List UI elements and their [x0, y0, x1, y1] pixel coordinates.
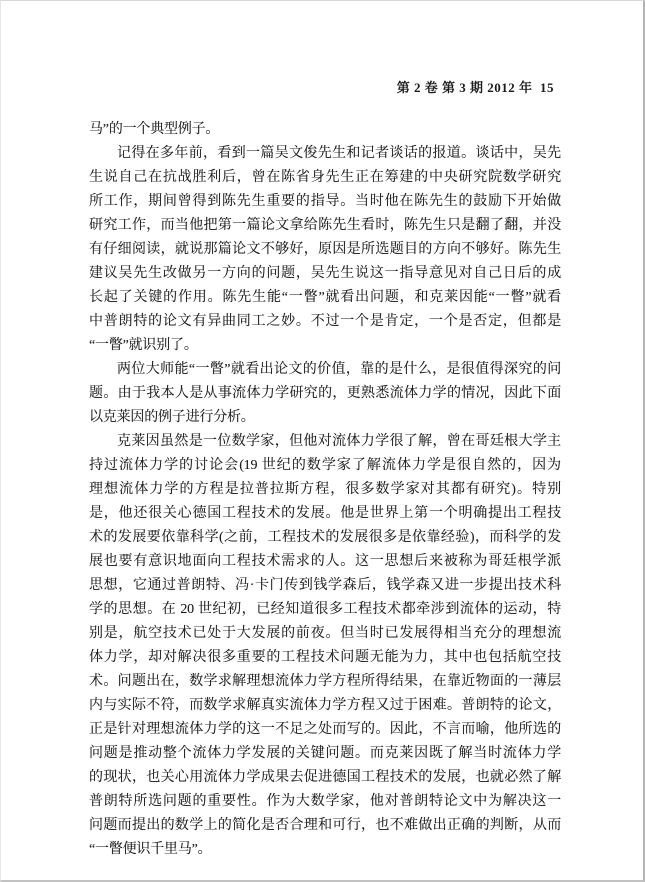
document-page: 第 2 卷 第 3 期 2012 年 15 马”的一个典型例子。记得在多年前，看…	[0, 0, 645, 882]
text-line: 研究工作，而当他把第一篇论文拿给陈先生看时，陈先生只是翻了翻，并没	[89, 214, 561, 238]
text-line: 问题而提出的数学上的简化是否合理和可行，也不难做出正确的判断，从而	[89, 814, 561, 838]
text-line: 展也要有意识地面向工程技术需求的人。这一思想后来被称为哥廷根学派	[89, 550, 561, 574]
text-line: “一瞥”就识别了。	[89, 334, 561, 358]
text-line: 正是针对理想流体力学的这一不足之处而写的。因此，不言而喻，他所选的	[89, 718, 561, 742]
text-line: 两位大师能“一瞥”就看出论文的价值，靠的是什么，是很值得深究的问	[89, 358, 561, 382]
text-line: 是，他还很关心德国工程技术的发展。他是世界上第一个明确提出工程技	[89, 502, 561, 526]
text-line: “一瞥便识千里马”。	[89, 838, 561, 862]
text-line: 普朗特所选问题的重要性。作为大数学家，他对普朗特论文中为解决这一	[89, 790, 561, 814]
text-line: 建议吴先生改做另一方向的问题，吴先生说这一指导意见对自己日后的成	[89, 262, 561, 286]
journal-volume-issue-header: 第 2 卷 第 3 期 2012 年 15	[89, 77, 554, 96]
text-line: 所工作，期间曾得到陈先生重要的指导。当时他在陈先生的鼓励下开始做	[89, 190, 561, 214]
text-line: 生说自己在抗战胜利后，曾在陈省身先生正在筹建的中央研究院数学研究	[89, 166, 561, 190]
text-line: 思想，它通过普朗特、冯·卡门传到钱学森后，钱学森又进一步提出技术科	[89, 574, 561, 598]
text-line: 理想流体力学的方程是拉普拉斯方程，很多数学家对其都有研究)。特别	[89, 478, 561, 502]
text-line: 有仔细阅读，就说那篇论文不够好，原因是所选题目的方向不够好。陈先生	[89, 238, 561, 262]
text-line: 持过流体力学的讨论会(19 世纪的数学家了解流体力学是很自然的，因为	[89, 454, 561, 478]
text-line: 体力学，却对解决很多重要的工程技术问题无能为力，其中也包括航空技	[89, 646, 561, 670]
text-line: 学的思想。在 20 世纪初，已经知道很多工程技术都牵涉到流体的运动，特	[89, 598, 561, 622]
text-line: 马”的一个典型例子。	[89, 118, 561, 142]
text-line: 术。问题出在，数学求解理想流体力学方程所得结果，在靠近物面的一薄层	[89, 670, 561, 694]
text-line: 长起了关键的作用。陈先生能“一瞥”就看出问题，和克莱因能“一瞥”就看	[89, 286, 561, 310]
text-line: 内与实际不符，而数学求解真实流体力学方程又过于困难。普朗特的论文，	[89, 694, 561, 718]
text-line: 克莱因虽然是一位数学家，但他对流体力学很了解，曾在哥廷根大学主	[89, 430, 561, 454]
article-body: 马”的一个典型例子。记得在多年前，看到一篇吴文俊先生和记者谈话的报道。谈话中，吴…	[89, 118, 561, 862]
text-line: 题。由于我本人是从事流体力学研究的，更熟悉流体力学的情况，因此下面	[89, 382, 561, 406]
text-line: 术的发展要依靠科学(之前，工程技术的发展很多是依靠经验)，而科学的发	[89, 526, 561, 550]
text-line: 别是，航空技术已处于大发展的前夜。但当时已发展得相当充分的理想流	[89, 622, 561, 646]
text-line: 问题是推动整个流体力学发展的关键问题。而克莱因既了解当时流体力学	[89, 742, 561, 766]
text-line: 中普朗特的论文有异曲同工之妙。不过一个是肯定，一个是否定，但都是	[89, 310, 561, 334]
text-line: 记得在多年前，看到一篇吴文俊先生和记者谈话的报道。谈话中，吴先	[89, 142, 561, 166]
text-line: 以克莱因的例子进行分析。	[89, 406, 561, 430]
text-line: 的现状，也关心用流体力学成果去促进德国工程技术的发展，也就必然了解	[89, 766, 561, 790]
